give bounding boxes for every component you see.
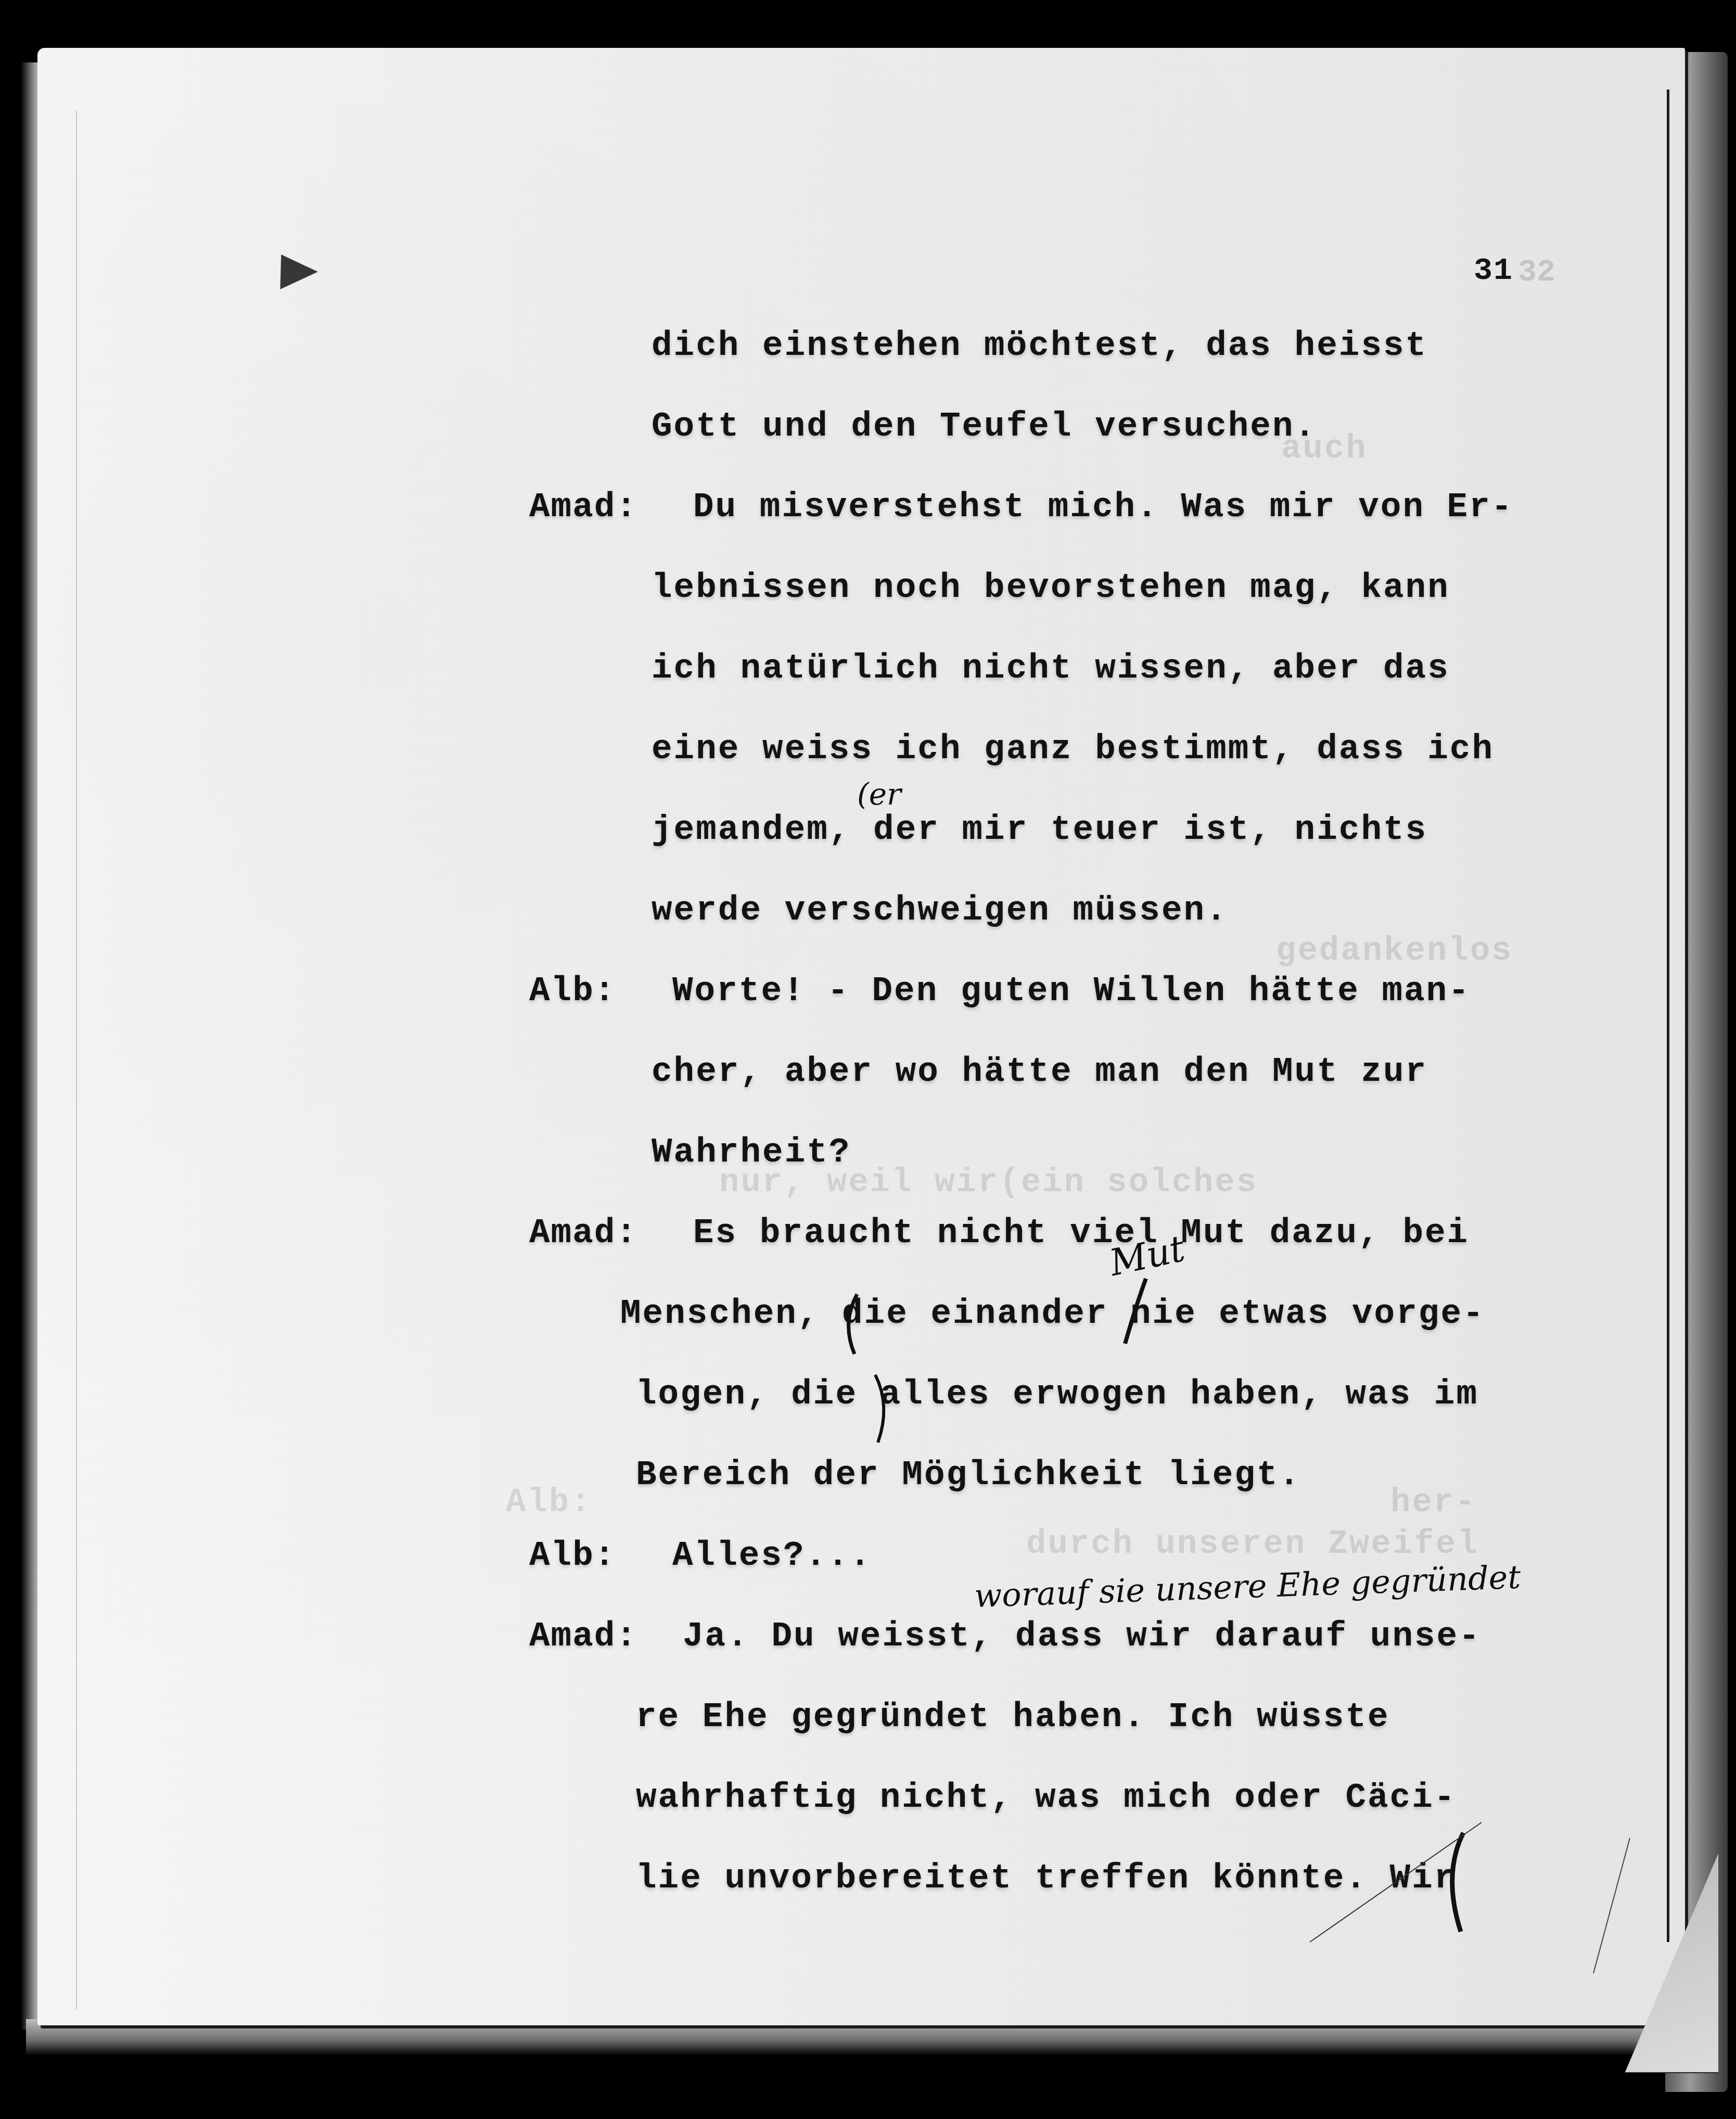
dialogue-line: wahrhaftig nicht, was mich oder Cäci- [636,1778,1456,1817]
dialogue-line: werde verschweigen müssen. [652,891,1228,930]
dialogue-line: cher, aber wo hätte man den Mut zur [652,1052,1427,1091]
dialogue-line: Du misverstehst mich. Was mir von Er- [693,488,1513,527]
dialogue-line: lie unvorbereitet treffen könnte. Wir [636,1859,1456,1898]
bleed-through-text: durch unseren Zweifel [1026,1526,1479,1563]
bleed-through-text: gedankenlos [1276,933,1513,970]
handwritten-insertion: (er [857,776,901,812]
dialogue-line: lebnissen noch bevorstehen mag, kann [652,568,1450,607]
dialogue-line: Alles?... [672,1536,872,1575]
bleed-through-text: her- [1390,1484,1477,1522]
ink-stain-mark [267,244,318,289]
dialogue-line: Menschen, die einander nie etwas vorge- [620,1294,1485,1333]
speaker-label: Amad: [529,488,637,527]
handwritten-marginal-note: worauf sie unsere Ehe gegründet [974,1558,1521,1615]
speaker-label: Amad: [529,1214,637,1253]
dialogue-line: jemandem, der mir teuer ist, nichts [652,810,1427,849]
dialogue-line: eine weiss ich ganz bestimmt, dass ich [652,730,1494,769]
dialogue-line: dich einstehen möchtest, das heisst [652,326,1427,365]
dialogue-line: Es braucht nicht viel Mut dazu, bei [693,1214,1469,1253]
dialogue-line: Wahrheit? [652,1133,851,1172]
dialogue-line: ich natürlich nicht wissen, aber das [652,649,1450,688]
speaker-label: Alb: [529,972,616,1011]
speaker-label: Alb: [529,1536,616,1575]
page-number: 31 [1474,253,1513,289]
dialogue-line: Worte! - Den guten Willen hätte man- [672,972,1471,1011]
dialogue-line: re Ehe gegründet haben. Ich wüsste [636,1697,1390,1737]
speaker-label: Amad: [529,1617,637,1656]
dialogue-line: Gott und den Teufel versuchen. [652,407,1317,446]
dialogue-line: Bereich der Möglichkeit liegt. [636,1456,1301,1495]
dialogue-line: Ja. Du weisst, dass wir darauf unse- [683,1617,1481,1656]
dialogue-line: logen, die alles erwogen haben, was im [636,1375,1478,1414]
manuscript-page: 32 31 auch gedankenlos nur, weil wir(ein… [37,48,1685,2025]
bleed-through-text: Alb: [506,1484,592,1522]
bleed-through-page-number: 32 [1518,255,1555,290]
